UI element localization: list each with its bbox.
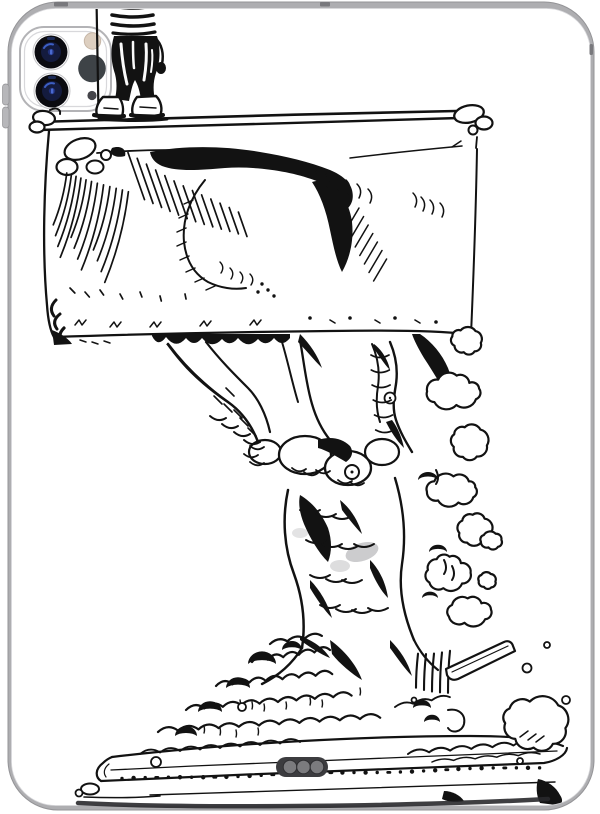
volume-down-button: [3, 107, 10, 128]
artwork-cloud-raft-base-stroke: [76, 790, 83, 797]
base-scallops-and-dots-stroke: [322, 700, 323, 707]
base-scallops-and-dots-stroke: [167, 776, 169, 778]
camera-sensor: [78, 55, 106, 83]
product-image: [0, 0, 600, 814]
slab-hatching-stroke: [435, 321, 438, 324]
base-scallops-and-dots-stroke: [225, 775, 228, 778]
base-scallops-and-dots-stroke: [469, 767, 471, 769]
base-scallops-and-dots-stroke: [202, 776, 205, 779]
base-scallops-and-dots-stroke: [237, 775, 239, 777]
artwork-plank-stroke: [469, 126, 478, 135]
base-scallops-and-dots-stroke: [178, 776, 181, 779]
slab-hatching-stroke: [349, 317, 352, 320]
base-scallops-and-dots-stroke: [151, 757, 161, 767]
graphite-smudge: [292, 528, 308, 538]
artwork-standing-figure-stroke: [112, 15, 153, 17]
base-scallops-and-dots-stroke: [213, 776, 217, 778]
base-scallops-and-dots-stroke: [258, 728, 259, 735]
base-scallops-and-dots-stroke: [264, 704, 265, 711]
base-scallops-and-dots-stroke: [517, 758, 523, 764]
camera-lens-top-stroke: [50, 49, 52, 54]
slab-hatching-stroke: [257, 291, 259, 293]
artwork-cloud-puffs-stroke: [478, 572, 496, 589]
slab-hatching-stroke: [273, 295, 275, 297]
artwork-gnarled-pillar-stroke: [351, 471, 354, 474]
figure-right-boot: [132, 96, 161, 116]
base-scallops-and-dots-stroke: [329, 772, 333, 774]
base-scallops-and-dots-stroke: [445, 769, 449, 771]
base-scallops-and-dots-stroke: [155, 777, 159, 779]
slab-hatching-stroke: [309, 317, 312, 320]
figure-ground-shadow: [99, 119, 167, 121]
artwork-standing-figure-stroke: [131, 115, 163, 117]
antenna-line-top-center: [320, 2, 330, 7]
volume-up-button: [3, 84, 10, 105]
base-scallops-and-dots-stroke: [260, 774, 262, 776]
smart-connector-pin: [297, 760, 311, 774]
slab-hatching-stroke: [261, 283, 263, 285]
base-scallops-and-dots-stroke: [144, 776, 146, 778]
base-scallops-and-dots-stroke: [252, 702, 253, 709]
smart-connector-pin: [283, 760, 297, 774]
artwork-cloud-puffs-stroke: [480, 531, 502, 549]
slab-hatching-stroke: [267, 289, 269, 291]
artwork-plank-stroke: [30, 122, 45, 133]
base-scallops-and-dots-stroke: [364, 771, 367, 774]
base-scallops-and-dots-stroke: [341, 771, 344, 774]
smart-connector-pin: [310, 760, 324, 774]
graphite-smudge: [330, 560, 350, 572]
base-scallops-and-dots-stroke: [526, 766, 529, 769]
artwork-gnarled-pillar-stroke: [365, 439, 399, 465]
base-scallops-and-dots-stroke: [515, 767, 517, 769]
base-scallops-and-dots-stroke: [121, 777, 123, 779]
camera-lens-bottom-stroke: [51, 88, 53, 93]
base-scallops-and-dots-stroke: [310, 698, 311, 705]
antenna-mark-right-corner: [590, 44, 594, 55]
artwork-gnarled-pillar-stroke: [389, 397, 391, 399]
artwork-cloud-puffs-stroke: [451, 424, 489, 460]
base-scallops-and-dots-stroke: [412, 698, 417, 703]
artwork-standing-figure-stroke: [140, 107, 156, 108]
camera-lens-bottom: [34, 73, 70, 109]
slab-hatching-stroke: [394, 317, 397, 320]
base-scallops-and-dots-stroke: [204, 726, 205, 733]
artwork-cloud-puffs-stroke: [451, 327, 482, 355]
antenna-line-top-left: [54, 2, 68, 7]
artwork-cloud-raft-base-stroke: [81, 784, 99, 795]
artwork-standing-figure-stroke: [133, 42, 134, 68]
base-scallops-and-dots-stroke: [480, 766, 483, 769]
camera-lens-top: [33, 34, 69, 70]
camera-lens-bottom-stroke: [48, 76, 56, 79]
artwork-standing-figure-stroke: [156, 62, 166, 74]
base-scallops-and-dots-stroke: [399, 771, 401, 773]
base-scallops-and-dots-stroke: [132, 776, 135, 779]
base-scallops-and-dots-stroke: [286, 702, 287, 709]
base-scallops-and-dots-stroke: [422, 770, 424, 772]
base-scallops-and-dots-stroke: [544, 642, 550, 648]
base-scallops-and-dots-stroke: [410, 770, 413, 773]
base-scallops-and-dots-stroke: [360, 688, 361, 695]
artwork-standing-figure-stroke: [94, 115, 124, 117]
base-scallops-and-dots-stroke: [353, 771, 355, 773]
base-scallops-and-dots-stroke: [220, 728, 221, 735]
artwork-plank-stroke: [476, 137, 477, 148]
base-scallops-and-dots-stroke: [190, 776, 192, 778]
artwork-floating-slab-stroke: [87, 161, 104, 174]
artwork-floating-slab-stroke: [101, 150, 111, 160]
slab-hatching-stroke: [185, 294, 186, 299]
base-scallops-and-dots-stroke: [503, 767, 507, 769]
base-scallops-and-dots-stroke: [238, 703, 246, 711]
tablet-skin-scene: [0, 0, 600, 814]
artwork-standing-figure-stroke: [112, 24, 154, 26]
figure-left-boot: [96, 97, 123, 116]
artwork-standing-figure-stroke: [104, 108, 118, 109]
base-scallops-and-dots-stroke: [434, 769, 437, 772]
base-scallops-and-dots-stroke: [236, 730, 237, 737]
camera-lens-top-stroke: [47, 37, 55, 40]
base-scallops-and-dots-stroke: [457, 767, 460, 770]
base-scallops-and-dots-stroke: [538, 767, 540, 769]
smart-connector: [276, 757, 328, 777]
base-scallops-and-dots-stroke: [492, 767, 494, 769]
base-scallops-and-dots-stroke: [387, 772, 391, 774]
base-scallops-and-dots-stroke: [562, 696, 570, 704]
base-scallops-and-dots-stroke: [523, 664, 532, 673]
base-scallops-and-dots-stroke: [376, 771, 378, 773]
base-scallops-and-dots-stroke: [248, 774, 251, 777]
artwork-plank-stroke: [476, 117, 493, 130]
base-scallops-and-dots-stroke: [271, 774, 275, 776]
camera-mic-dot: [87, 91, 96, 100]
